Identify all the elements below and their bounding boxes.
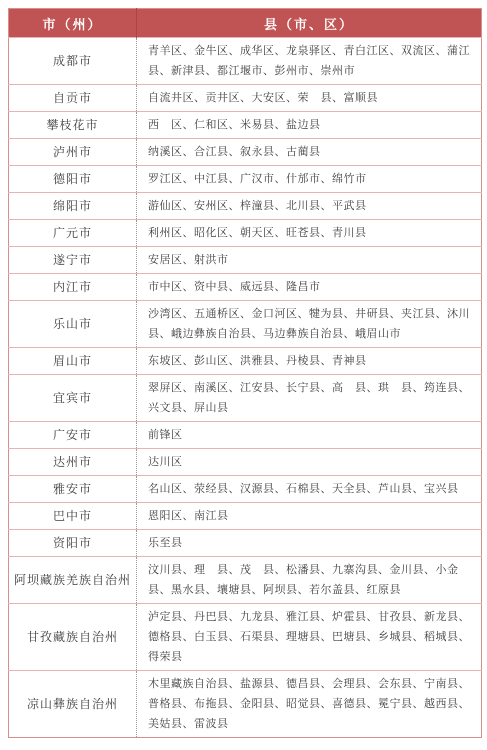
city-cell: 广安市 xyxy=(9,422,137,449)
city-cell: 攀枝花市 xyxy=(9,112,137,139)
city-cell: 遂宁市 xyxy=(9,247,137,274)
city-cell: 达州市 xyxy=(9,449,137,476)
table-row: 攀枝花市西 区、仁和区、米易县、盐边县 xyxy=(9,112,482,139)
counties-cell: 前锋区 xyxy=(137,422,482,449)
counties-cell: 翠屏区、南溪区、江安县、长宁县、高 县、珙 县、筠连县、兴文县、屏山县 xyxy=(137,375,482,422)
table-row: 自贡市自流井区、贡井区、大安区、荣 县、富顺县 xyxy=(9,85,482,112)
counties-cell: 青羊区、金牛区、成华区、龙泉驿区、青白江区、双流区、蒲江县、新津县、都江堰市、彭… xyxy=(137,38,482,85)
counties-cell: 沙湾区、五通桥区、金口河区、犍为县、井研县、夹江县、沐川县、峨边彝族自治县、马边… xyxy=(137,301,482,348)
city-cell: 广元市 xyxy=(9,220,137,247)
counties-cell: 木里藏族自治县、盐源县、德昌县、会理县、会东县、宁南县、普格县、布拖县、金阳县、… xyxy=(137,671,482,738)
table-row: 达州市达川区 xyxy=(9,449,482,476)
header-row: 市（州） 县（市、区） xyxy=(9,9,482,38)
city-cell: 德阳市 xyxy=(9,166,137,193)
counties-cell: 汶川县、理 县、茂 县、松潘县、九寨沟县、金川县、小金县、黑水县、壤塘县、阿坝县… xyxy=(137,557,482,604)
table-row: 乐山市沙湾区、五通桥区、金口河区、犍为县、井研县、夹江县、沐川县、峨边彝族自治县… xyxy=(9,301,482,348)
table-row: 绵阳市游仙区、安州区、梓潼县、北川县、平武县 xyxy=(9,193,482,220)
table-row: 凉山彝族自治州木里藏族自治县、盐源县、德昌县、会理县、会东县、宁南县、普格县、布… xyxy=(9,671,482,738)
city-cell: 雅安市 xyxy=(9,476,137,503)
table-row: 成都市青羊区、金牛区、成华区、龙泉驿区、青白江区、双流区、蒲江县、新津县、都江堰… xyxy=(9,38,482,85)
header-cell-city: 市（州） xyxy=(9,9,137,38)
counties-cell: 市中区、资中县、威远县、隆昌市 xyxy=(137,274,482,301)
table-row: 遂宁市安居区、射洪市 xyxy=(9,247,482,274)
city-cell: 眉山市 xyxy=(9,348,137,375)
city-cell: 绵阳市 xyxy=(9,193,137,220)
counties-cell: 自流井区、贡井区、大安区、荣 县、富顺县 xyxy=(137,85,482,112)
page: 市（州） 县（市、区） 成都市青羊区、金牛区、成华区、龙泉驿区、青白江区、双流区… xyxy=(0,0,487,750)
city-cell: 巴中市 xyxy=(9,503,137,530)
counties-cell: 乐至县 xyxy=(137,530,482,557)
counties-cell: 泸定县、丹巴县、九龙县、雅江县、炉霍县、甘孜县、新龙县、德格县、白玉县、石渠县、… xyxy=(137,604,482,671)
counties-cell: 游仙区、安州区、梓潼县、北川县、平武县 xyxy=(137,193,482,220)
table-row: 德阳市罗江区、中江县、广汉市、什邡市、绵竹市 xyxy=(9,166,482,193)
counties-cell: 名山区、荥经县、汉源县、石棉县、天全县、芦山县、宝兴县 xyxy=(137,476,482,503)
table-row: 巴中市恩阳区、南江县 xyxy=(9,503,482,530)
city-cell: 乐山市 xyxy=(9,301,137,348)
city-cell: 甘孜藏族自治州 xyxy=(9,604,137,671)
table-row: 泸州市纳溪区、合江县、叙永县、古蔺县 xyxy=(9,139,482,166)
counties-cell: 纳溪区、合江县、叙永县、古蔺县 xyxy=(137,139,482,166)
table-row: 甘孜藏族自治州泸定县、丹巴县、九龙县、雅江县、炉霍县、甘孜县、新龙县、德格县、白… xyxy=(9,604,482,671)
city-cell: 阿坝藏族羌族自治州 xyxy=(9,557,137,604)
counties-cell: 恩阳区、南江县 xyxy=(137,503,482,530)
city-cell: 宜宾市 xyxy=(9,375,137,422)
city-cell: 成都市 xyxy=(9,38,137,85)
city-cell: 内江市 xyxy=(9,274,137,301)
city-cell: 资阳市 xyxy=(9,530,137,557)
city-cell: 泸州市 xyxy=(9,139,137,166)
table-row: 广安市前锋区 xyxy=(9,422,482,449)
table-row: 广元市利州区、昭化区、朝天区、旺苍县、青川县 xyxy=(9,220,482,247)
city-cell: 凉山彝族自治州 xyxy=(9,671,137,738)
header-cell-counties: 县（市、区） xyxy=(137,9,482,38)
counties-cell: 西 区、仁和区、米易县、盐边县 xyxy=(137,112,482,139)
table-row: 内江市市中区、资中县、威远县、隆昌市 xyxy=(9,274,482,301)
region-table: 市（州） 县（市、区） 成都市青羊区、金牛区、成华区、龙泉驿区、青白江区、双流区… xyxy=(8,8,482,738)
table-body: 成都市青羊区、金牛区、成华区、龙泉驿区、青白江区、双流区、蒲江县、新津县、都江堰… xyxy=(9,38,482,738)
table-row: 资阳市乐至县 xyxy=(9,530,482,557)
counties-cell: 利州区、昭化区、朝天区、旺苍县、青川县 xyxy=(137,220,482,247)
table-row: 阿坝藏族羌族自治州汶川县、理 县、茂 县、松潘县、九寨沟县、金川县、小金县、黑水… xyxy=(9,557,482,604)
table-row: 雅安市名山区、荥经县、汉源县、石棉县、天全县、芦山县、宝兴县 xyxy=(9,476,482,503)
counties-cell: 达川区 xyxy=(137,449,482,476)
city-cell: 自贡市 xyxy=(9,85,137,112)
counties-cell: 东坡区、彭山区、洪雅县、丹棱县、青神县 xyxy=(137,348,482,375)
table-header: 市（州） 县（市、区） xyxy=(9,9,482,38)
table-row: 眉山市东坡区、彭山区、洪雅县、丹棱县、青神县 xyxy=(9,348,482,375)
table-row: 宜宾市翠屏区、南溪区、江安县、长宁县、高 县、珙 县、筠连县、兴文县、屏山县 xyxy=(9,375,482,422)
counties-cell: 安居区、射洪市 xyxy=(137,247,482,274)
counties-cell: 罗江区、中江县、广汉市、什邡市、绵竹市 xyxy=(137,166,482,193)
